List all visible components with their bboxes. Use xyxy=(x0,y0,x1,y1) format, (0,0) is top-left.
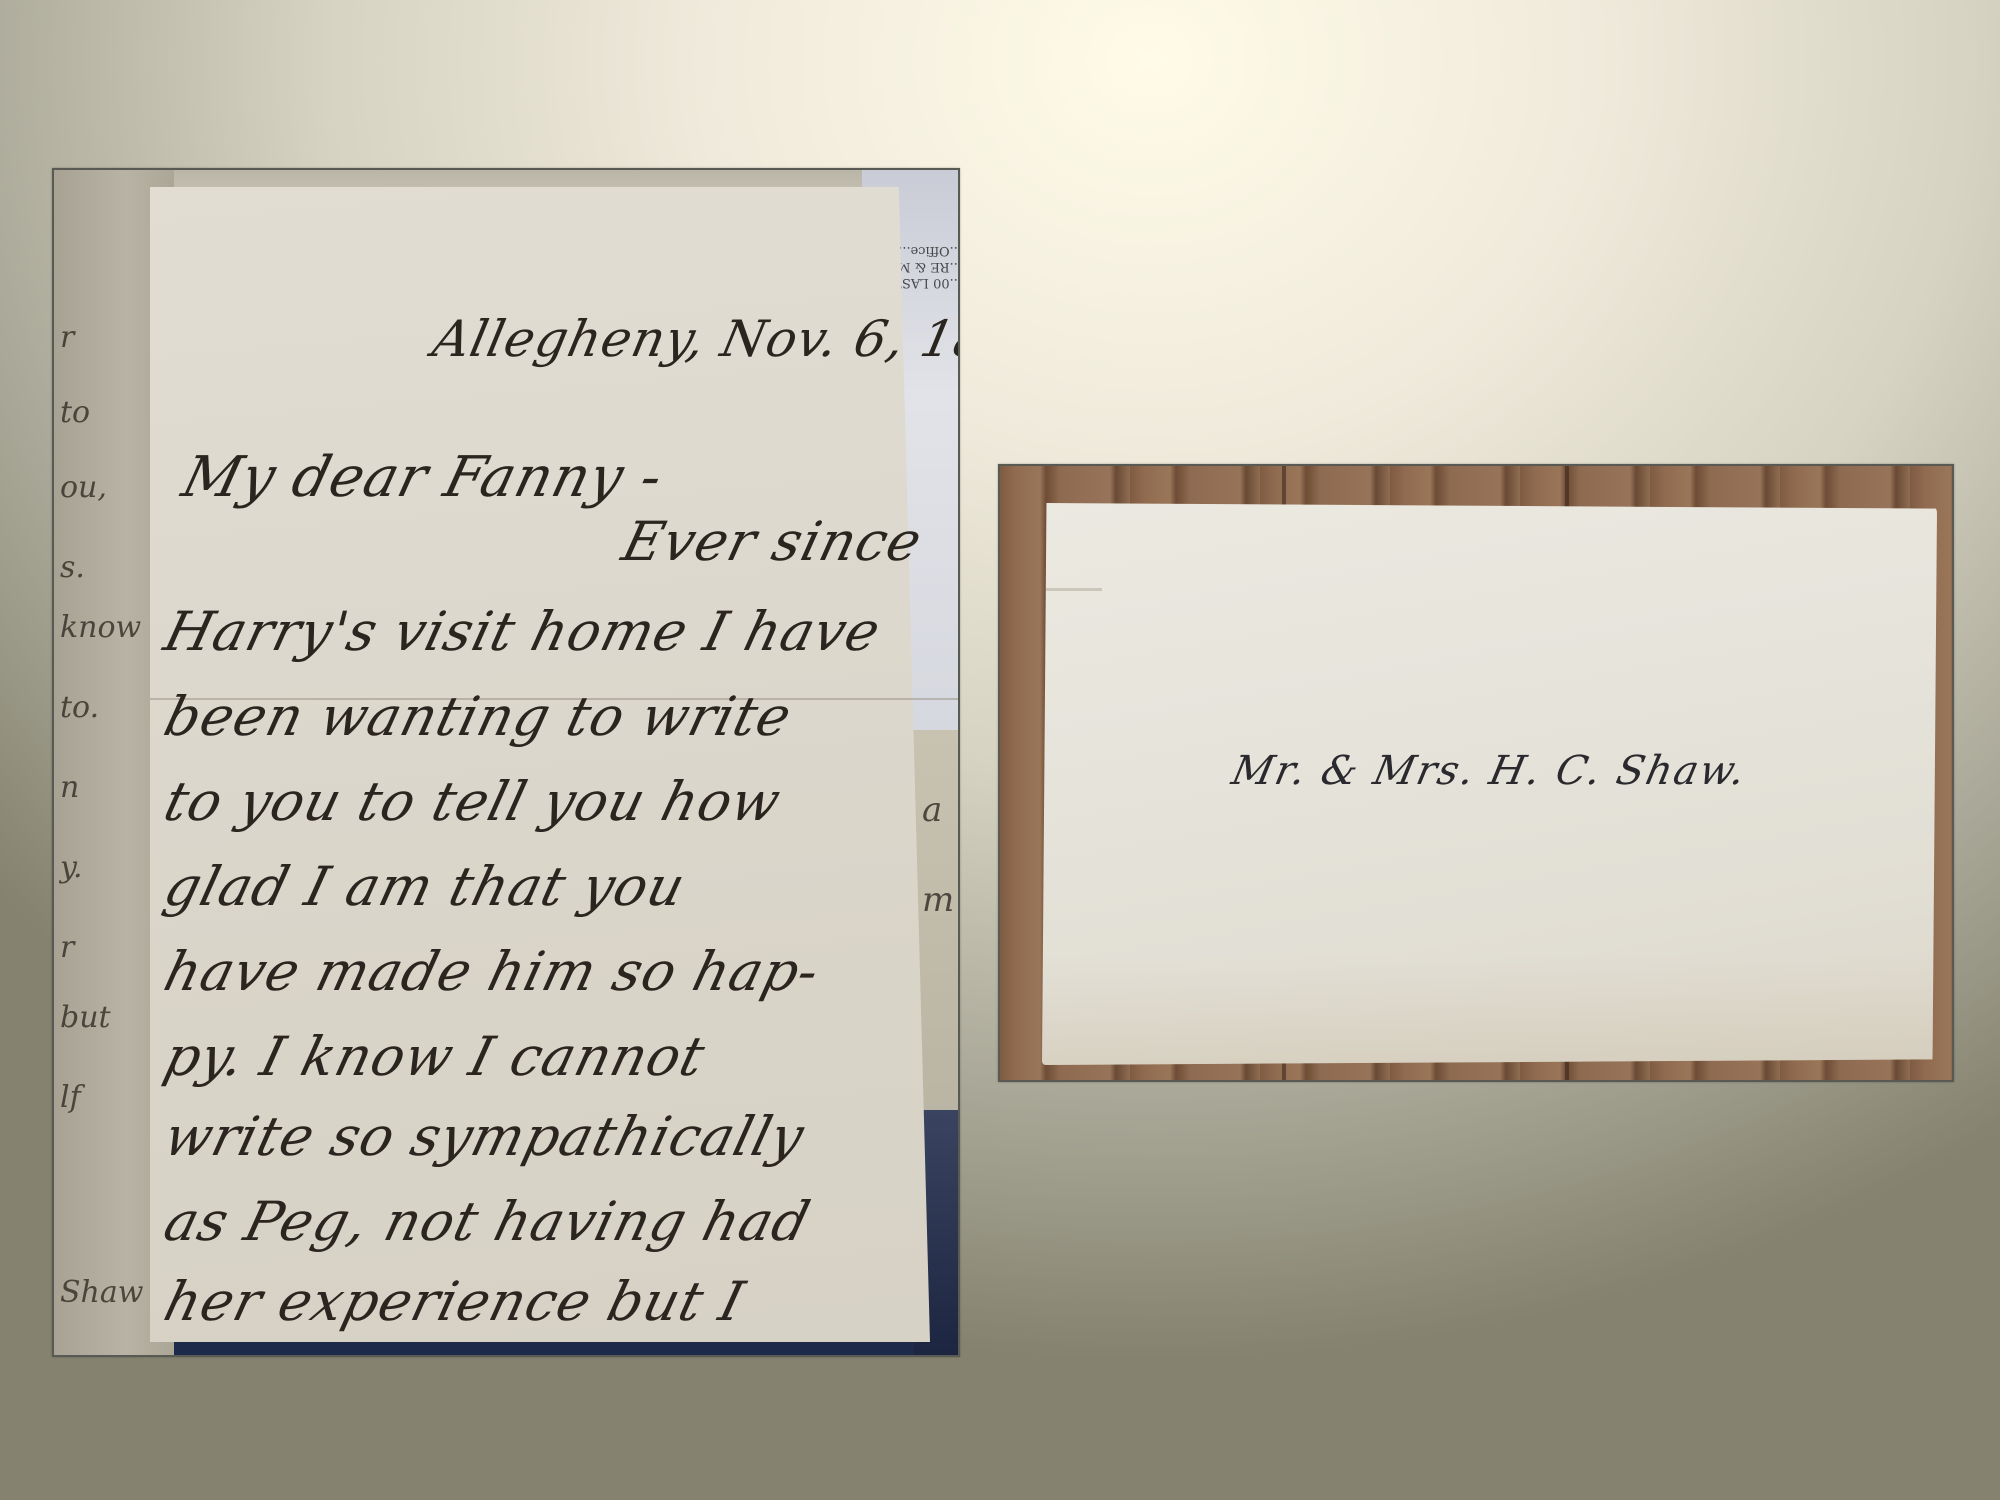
margin-fragment: Shaw xyxy=(60,1275,143,1310)
card-name-text: Mr. & Mrs. H. C. Shaw. xyxy=(1037,748,1942,794)
margin-fragment: to. xyxy=(60,690,99,725)
margin-fragment: y. xyxy=(60,850,83,885)
letter-photo: ...00 LASTER... ...RE & M... ...Office..… xyxy=(52,168,960,1357)
margin-fragment: but xyxy=(60,1000,111,1035)
letter-body-line: to you to tell you how xyxy=(158,770,787,833)
margin-fragment: r xyxy=(60,930,74,965)
letter-date-line: Allegheny, Nov. 6, 1888. xyxy=(428,310,960,368)
letter-body-line: py. I know I cannot xyxy=(158,1025,712,1088)
letter-body-line: as Peg, not having had xyxy=(158,1190,817,1253)
margin-fragment: r xyxy=(60,320,74,355)
margin-fragment: know xyxy=(60,610,141,645)
letter-body-line: her experience but I xyxy=(158,1270,751,1333)
card-crease xyxy=(1042,588,1102,591)
letter-body-line: Ever since xyxy=(616,510,929,573)
calling-card: Mr. & Mrs. H. C. Shaw. xyxy=(1042,503,1937,1065)
edge-fragment: a xyxy=(922,790,942,830)
letter-body-line: glad I am that you xyxy=(158,855,692,918)
margin-fragment: to xyxy=(60,395,90,430)
letter-body-line: have made him so hap- xyxy=(158,940,826,1003)
margin-fragment: ou, xyxy=(60,470,107,505)
letter-body-line: Harry's visit home I have xyxy=(158,600,887,663)
letter-body-line: been wanting to write xyxy=(158,685,798,748)
edge-fragment: m xyxy=(922,880,954,920)
card-photo: Mr. & Mrs. H. C. Shaw. xyxy=(998,464,1954,1082)
margin-fragment: n xyxy=(60,770,79,805)
letter-body-line: write so sympathically xyxy=(158,1105,811,1168)
margin-fragment: lf xyxy=(60,1080,81,1115)
margin-fragment: s. xyxy=(60,550,85,585)
letter-salutation: My dear Fanny - xyxy=(176,445,670,510)
card-discoloration xyxy=(1042,955,1937,1065)
